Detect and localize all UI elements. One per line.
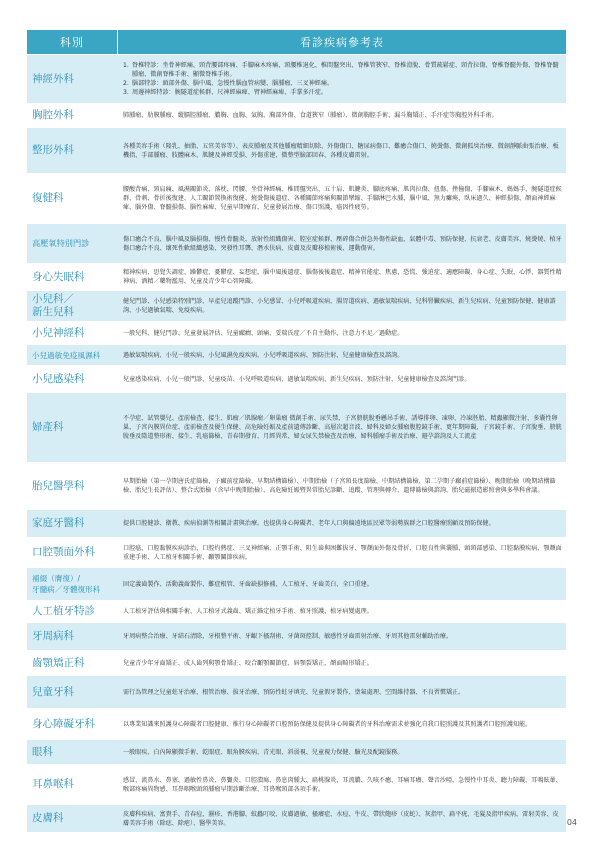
department-name: 整形外科: [27, 128, 117, 173]
table-row: 補綴（膺復）/ 牙髓病／牙體復形科固定義齒製作、活動義齒製作、難症根管、牙齒缺損…: [27, 567, 566, 600]
table-body: 神經外科1.脊椎特診：坐骨神經痛、頸背腰部疼痛、手腳麻木疼痛、頸腰椎退化、椎間盤…: [27, 54, 566, 832]
table-row: 整形外科各種美容手術（隆乳、抽脂、五官美容等）、表皮腫瘤及其他腫瘤精細切除、外傷…: [27, 127, 566, 173]
conditions-text: 口腔癌、口腔黏膜疾病診治、口腔灼熱症、三叉神經痛、正顎手術、阻生齒與困難拔牙、顎…: [123, 544, 562, 562]
conditions-text: 早期胎檢（第一孕期唐氏症篩檢、子癲前症篩檢、早期結構篩檢）、中期胎檢（子宮頸長度…: [123, 477, 562, 495]
department-name: 小兒科／ 新生兒科: [27, 291, 117, 321]
department-name: 高壓氧特別門診: [27, 224, 117, 263]
department-name: 小兒感染科: [27, 366, 117, 392]
conditions-text: 需行為管理之兒童蛀牙治療、根管治療、拔牙治療、預防性蛀牙填充、兒童假牙製作、塗氟…: [123, 688, 562, 697]
conditions-cell: 早期胎檢（第一孕期唐氏症篩檢、子癲前症篩檢、早期結構篩檢）、中期胎檢（子宮頸長度…: [117, 463, 566, 509]
header-conditions: 看診疾病參考表: [118, 30, 566, 54]
conditions-cell: 各種美容手術（隆乳、抽脂、五官美容等）、表皮腫瘤及其他腫瘤精細切除、外傷傷口、糖…: [117, 128, 566, 173]
department-name: 神經外科: [27, 55, 117, 103]
conditions-cell: 需行為管理之兒童蛀牙治療、根管治療、拔牙治療、預防性蛀牙填充、兒童假牙製作、塗氟…: [117, 676, 566, 708]
list-text: 周邊神經特診：腕隧道症候群、尺神經麻痺、臂神經麻痺、手掌多汗症。: [132, 88, 327, 97]
conditions-text: 各種美容手術（隆乳、抽脂、五官美容等）、表皮腫瘤及其他腫瘤精細切除、外傷傷口、糖…: [123, 142, 562, 160]
table-row: 眼科一般眼疾、白內障顯微手術、乾眼症、眼角膜疾病、青光眼、斜弱視、兒童視力保健、…: [27, 739, 566, 764]
department-name: 補綴（膺復）/ 牙髓病／牙體復形科: [27, 568, 117, 600]
table-row: 皮膚科皮膚科疾病、富貴手、青春痘、濕疹、香港腳、蚊蟲叮咬、皮膚過敏、搔癢症、水痘…: [27, 804, 566, 832]
conditions-cell: 兒童青少年牙齒矯正、成人齒列與顎骨矯正、咬合顳顎關節症、唇顎裂矯正、顏面畸形矯正…: [117, 651, 566, 675]
conditions-cell: 健兒門診、小兒感染特別門診、早產兒追蹤門診、小兒感冒、小兒呼吸道疾病、腸胃道疾病…: [117, 291, 566, 321]
list-number: 3.: [123, 88, 132, 97]
conditions-cell: 人工植牙評估與相關手術、人工植牙式義齒、矯正錨定植牙手術、植牙照護、植牙病變處理…: [117, 601, 566, 622]
conditions-cell: 精神疾病、思覺失調症、躁鬱症、憂鬱症、妄想症、腦中風後遺症、腦傷後後遺症、精神官…: [117, 264, 566, 290]
department-name: 身心障礙牙科: [27, 709, 117, 739]
department-name: 身心失眠科: [27, 264, 117, 290]
conditions-cell: 1.脊椎特診：坐骨神經痛、頸背腰部疼痛、手腳麻木疼痛、頸腰椎退化、椎間盤突出、脊…: [117, 55, 566, 103]
conditions-cell: 傷口癒合不良、腦中風及腦損傷、慢性骨髓炎、放射性組織傷害、腔室症候群、壓碎傷合併…: [117, 224, 566, 263]
department-name: 人工植牙特診: [27, 601, 117, 622]
list-text: 脊椎特診：坐骨神經痛、頸背腰部疼痛、手腳麻木疼痛、頸腰椎退化、椎間盤突出、脊椎管…: [132, 61, 562, 79]
department-reference-table: 科別 看診疾病參考表 神經外科1.脊椎特診：坐骨神經痛、頸背腰部疼痛、手腳麻木疼…: [27, 30, 566, 832]
department-name: 兒童牙科: [27, 676, 117, 708]
table-row: 身心失眠科精神疾病、思覺失調症、躁鬱症、憂鬱症、妄想症、腦中風後遺症、腦傷後後遺…: [27, 263, 566, 290]
table-row: 家庭牙醫科提供口腔健診、衛教、疾病偵測等相關計畫與治療。也提供身心障礙者、老年人…: [27, 509, 566, 537]
conditions-text: 一般兒科、健兒門診、兒童發展評估、兒童癲癇、頭痛、妥瑞氏症／不自主動作、注意力不…: [123, 329, 562, 338]
conditions-cell: 一般眼疾、白內障顯微手術、乾眼症、眼角膜疾病、青光眼、斜弱視、兒童視力保健、驗光…: [117, 740, 566, 764]
conditions-cell: 感冒、流鼻水、鼻塞、過敏性鼻炎、鼻竇炎、口腔潰瘍、鼻息肉腫大、扁桃腺炎、耳流膿、…: [117, 765, 566, 804]
conditions-cell: 皮膚科疾病、富貴手、青春痘、濕疹、香港腳、蚊蟲叮咬、皮膚過敏、搔癢症、水痘、牛皮…: [117, 805, 566, 832]
table-row: 小兒過敏免疫風濕科過敏氣喘疾病、小兒一般疾病、小兒風濕免疫疾病、小兒呼吸道疾病、…: [27, 344, 566, 365]
table-row: 婦產科不孕症、試管嬰兒、產前檢查、接生、肌瘤／肌腺瘤／卵巢瘤 微創手術、尿失禁、…: [27, 392, 566, 462]
table-row: 身心障礙牙科以專業知識來照護身心障礙者口腔健康、推行身心障礙者口腔預防保健及提供…: [27, 708, 566, 739]
department-name: 牙周病科: [27, 623, 117, 650]
conditions-text: 兒童感染疾病、小兒一般門診、兒童疫苗、小兒呼吸道疾病、過敏氣喘疾病、新生兒疾病、…: [123, 375, 562, 384]
conditions-cell: 不孕症、試管嬰兒、產前檢查、接生、肌瘤／肌腺瘤／卵巢瘤 微創手術、尿失禁、子宮膀…: [117, 393, 566, 462]
conditions-cell: 口腔癌、口腔黏膜疾病診治、口腔灼熱症、三叉神經痛、正顎手術、阻生齒與困難拔牙、顎…: [117, 538, 566, 567]
department-name: 耳鼻喉科: [27, 765, 117, 804]
table-header: 科別 看診疾病參考表: [27, 30, 566, 54]
conditions-text: 以專業知識來照護身心障礙者口腔健康、推行身心障礙者口腔預防保健及提供身心障礙者的…: [123, 720, 562, 729]
conditions-text: 人工植牙評估與相關手術、人工植牙式義齒、矯正錨定植牙手術、植牙照護、植牙病變處理…: [123, 607, 562, 616]
conditions-text: 感冒、流鼻水、鼻塞、過敏性鼻炎、鼻竇炎、口腔潰瘍、鼻息肉腫大、扁桃腺炎、耳流膿、…: [123, 776, 562, 794]
conditions-text: 傷口癒合不良、腦中風及腦損傷、慢性骨髓炎、放射性組織傷害、腔室症候群、壓碎傷合併…: [123, 235, 562, 253]
conditions-cell: 固定義齒製作、活動義齒製作、難症根管、牙齒缺損修補、人工植牙、牙齒美白、全口重建…: [117, 568, 566, 600]
table-row: 齒顎矯正科兒童青少年牙齒矯正、成人齒列與顎骨矯正、咬合顳顎關節症、唇顎裂矯正、顏…: [27, 650, 566, 675]
conditions-cell: 牙周病整合治療、牙結石清除、牙根整平術、牙齦下搔刮術、牙菌斑控制、敏感性牙齒雷射…: [117, 623, 566, 650]
conditions-text: 牙周病整合治療、牙結石清除、牙根整平術、牙齦下搔刮術、牙菌斑控制、敏感性牙齒雷射…: [123, 632, 562, 641]
department-name: 小兒過敏免疫風濕科: [27, 345, 117, 365]
list-number: 1.: [123, 61, 132, 79]
table-row: 胎兒醫學科早期胎檢（第一孕期唐氏症篩檢、子癲前症篩檢、早期結構篩檢）、中期胎檢（…: [27, 462, 566, 509]
conditions-text: 過敏氣喘疾病、小兒一般疾病、小兒風濕免疫疾病、小兒呼吸道疾病、預防注射、兒童健康…: [123, 351, 562, 360]
table-row: 人工植牙特診人工植牙評估與相關手術、人工植牙式義齒、矯正錨定植牙手術、植牙照護、…: [27, 600, 566, 622]
department-name: 口腔顎面外科: [27, 538, 117, 567]
conditions-text: 腰酸背痛、頸肩痛、風濕關節炎、落枕、閃腰、坐骨神經痛、椎間盤突出、五十肩、肌腱炎…: [123, 185, 562, 212]
conditions-cell: 提供口腔健診、衛教、疾病偵測等相關計畫與治療。也提供身心障礙者、老年人口與偏遠地…: [117, 510, 566, 537]
conditions-text: 肺腫瘤、肋膜腫瘤、縱膈腔腫瘤、膿胸、血胸、氣胸、胸部外傷、食道狹窄（腫瘤）、微創…: [123, 111, 562, 120]
table-row: 胸腔外科肺腫瘤、肋膜腫瘤、縱膈腔腫瘤、膿胸、血胸、氣胸、胸部外傷、食道狹窄（腫瘤…: [27, 103, 566, 127]
department-name: 婦產科: [27, 393, 117, 462]
table-row: 復健科腰酸背痛、頸肩痛、風濕關節炎、落枕、閃腰、坐骨神經痛、椎間盤突出、五十肩、…: [27, 173, 566, 223]
table-row: 小兒科／ 新生兒科健兒門診、小兒感染特別門診、早產兒追蹤門診、小兒感冒、小兒呼吸…: [27, 290, 566, 321]
department-name: 家庭牙醫科: [27, 510, 117, 537]
list-number: 2.: [123, 79, 132, 88]
table-row: 牙周病科牙周病整合治療、牙結石清除、牙根整平術、牙齦下搔刮術、牙菌斑控制、敏感性…: [27, 622, 566, 650]
table-row: 口腔顎面外科口腔癌、口腔黏膜疾病診治、口腔灼熱症、三叉神經痛、正顎手術、阻生齒與…: [27, 537, 566, 567]
table-row: 兒童牙科需行為管理之兒童蛀牙治療、根管治療、拔牙治療、預防性蛀牙填充、兒童假牙製…: [27, 675, 566, 708]
department-name: 胸腔外科: [27, 104, 117, 127]
department-name: 齒顎矯正科: [27, 651, 117, 675]
header-department: 科別: [27, 30, 118, 54]
conditions-cell: 腰酸背痛、頸肩痛、風濕關節炎、落枕、閃腰、坐骨神經痛、椎間盤突出、五十肩、肌腱炎…: [117, 174, 566, 223]
conditions-cell: 肺腫瘤、肋膜腫瘤、縱膈腔腫瘤、膿胸、血胸、氣胸、胸部外傷、食道狹窄（腫瘤）、微創…: [117, 104, 566, 127]
table-row: 神經外科1.脊椎特診：坐骨神經痛、頸背腰部疼痛、手腳麻木疼痛、頸腰椎退化、椎間盤…: [27, 54, 566, 103]
department-name: 眼科: [27, 740, 117, 764]
conditions-text: 一般眼疾、白內障顯微手術、乾眼症、眼角膜疾病、青光眼、斜弱視、兒童視力保健、驗光…: [123, 748, 562, 757]
table-row: 小兒感染科兒童感染疾病、小兒一般門診、兒童疫苗、小兒呼吸道疾病、過敏氣喘疾病、新…: [27, 365, 566, 392]
list-text: 腦部特診：頭部外傷、腦中風、急慢性腦血管病變、腦腫瘤、三叉神經痛。: [132, 79, 333, 88]
department-name: 復健科: [27, 174, 117, 223]
conditions-text: 固定義齒製作、活動義齒製作、難症根管、牙齒缺損修補、人工植牙、牙齒美白、全口重建…: [123, 580, 562, 589]
page-number: 04: [567, 818, 577, 827]
conditions-text: 皮膚科疾病、富貴手、青春痘、濕疹、香港腳、蚊蟲叮咬、皮膚過敏、搔癢症、水痘、牛皮…: [123, 810, 562, 828]
table-row: 小兒神經科一般兒科、健兒門診、兒童發展評估、兒童癲癇、頭痛、妥瑞氏症／不自主動作…: [27, 321, 566, 344]
conditions-text: 健兒門診、小兒感染特別門診、早產兒追蹤門診、小兒感冒、小兒呼吸道疾病、腸胃道疾病…: [123, 297, 562, 315]
conditions-text: 不孕症、試管嬰兒、產前檢查、接生、肌瘤／肌腺瘤／卵巢瘤 微創手術、尿失禁、子宮膀…: [123, 414, 562, 441]
table-row: 高壓氧特別門診傷口癒合不良、腦中風及腦損傷、慢性骨髓炎、放射性組織傷害、腔室症候…: [27, 223, 566, 263]
conditions-text: 提供口腔健診、衛教、疾病偵測等相關計畫與治療。也提供身心障礙者、老年人口與偏遠地…: [123, 519, 562, 528]
conditions-list-item: 3.周邊神經特診：腕隧道症候群、尺神經麻痺、臂神經麻痺、手掌多汗症。: [123, 88, 562, 97]
department-name: 小兒神經科: [27, 322, 117, 344]
conditions-cell: 以專業知識來照護身心障礙者口腔健康、推行身心障礙者口腔預防保健及提供身心障礙者的…: [117, 709, 566, 739]
department-name: 胎兒醫學科: [27, 463, 117, 509]
conditions-list-item: 1.脊椎特診：坐骨神經痛、頸背腰部疼痛、手腳麻木疼痛、頸腰椎退化、椎間盤突出、脊…: [123, 61, 562, 79]
conditions-text: 精神疾病、思覺失調症、躁鬱症、憂鬱症、妄想症、腦中風後遺症、腦傷後後遺症、精神官…: [123, 268, 562, 286]
conditions-cell: 過敏氣喘疾病、小兒一般疾病、小兒風濕免疫疾病、小兒呼吸道疾病、預防注射、兒童健康…: [117, 345, 566, 365]
table-row: 耳鼻喉科感冒、流鼻水、鼻塞、過敏性鼻炎、鼻竇炎、口腔潰瘍、鼻息肉腫大、扁桃腺炎、…: [27, 764, 566, 804]
department-name: 皮膚科: [27, 805, 117, 832]
conditions-cell: 一般兒科、健兒門診、兒童發展評估、兒童癲癇、頭痛、妥瑞氏症／不自主動作、注意力不…: [117, 322, 566, 344]
conditions-list-item: 2.腦部特診：頭部外傷、腦中風、急慢性腦血管病變、腦腫瘤、三叉神經痛。: [123, 79, 562, 88]
conditions-cell: 兒童感染疾病、小兒一般門診、兒童疫苗、小兒呼吸道疾病、過敏氣喘疾病、新生兒疾病、…: [117, 366, 566, 392]
conditions-text: 兒童青少年牙齒矯正、成人齒列與顎骨矯正、咬合顳顎關節症、唇顎裂矯正、顏面畸形矯正…: [123, 659, 562, 668]
